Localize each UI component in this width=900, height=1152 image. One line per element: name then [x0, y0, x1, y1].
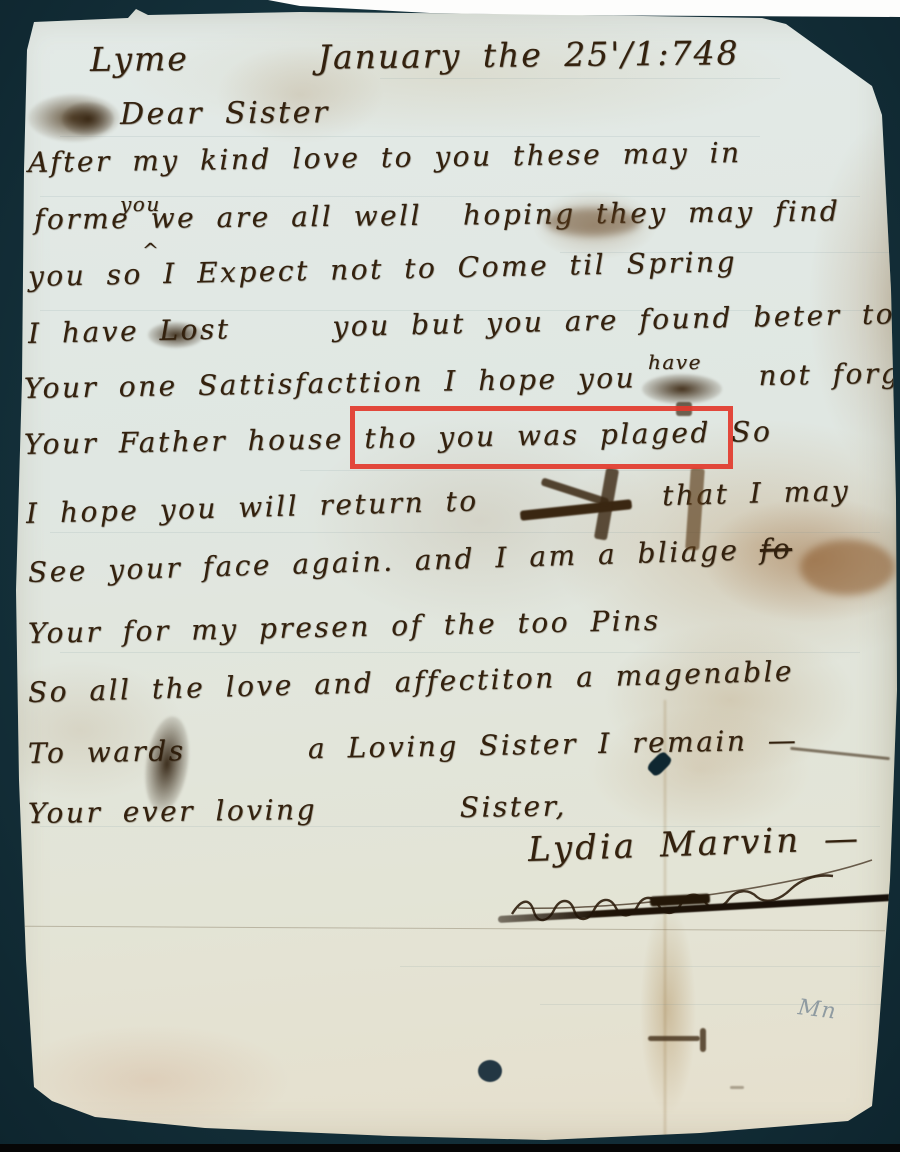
salutation: Dear Sister: [120, 95, 330, 133]
father-line-before: Your Father house: [24, 422, 365, 461]
ink-blot-fingerprint: [62, 102, 114, 136]
struck-word: fo: [759, 532, 792, 566]
letter-paper: Lyme January the 25'/1:748 Dear Sister A…: [0, 0, 900, 1152]
letter-line: After my kind love to you these may in: [28, 136, 742, 180]
inserted-word-have: have: [648, 350, 702, 374]
ink-smudge: [545, 208, 640, 236]
pencil-note: Mn: [796, 995, 838, 1026]
letter-line: Your for my presen of the too Pins: [28, 604, 661, 651]
bliage-line-before: See your face again. and I am a bliage: [27, 533, 760, 589]
scene: Lyme January the 25'/1:748 Dear Sister A…: [0, 0, 900, 1152]
scan-edge-bottom: [0, 1144, 900, 1152]
letter-line: To wards a Loving Sister I remain —: [28, 724, 799, 771]
ink-spot: [478, 1060, 502, 1082]
ruled-line: [380, 78, 780, 79]
bottom-blot: [648, 1036, 700, 1041]
letter-line: I hope you will return to that I may: [26, 474, 851, 531]
letter-line: you so I Expect not to Come til Spring: [28, 245, 738, 293]
ink-blot: [148, 322, 204, 348]
ink-blot: [642, 374, 722, 404]
bottom-blot: [700, 1028, 706, 1052]
ruled-line: [60, 652, 860, 653]
dateline: Lyme January the 25'/1:748: [90, 33, 740, 79]
ruled-line: [300, 470, 700, 471]
rust-stain: [800, 540, 895, 595]
highlight-box: [350, 406, 733, 469]
letter-line: Your one Sattisfacttion I hope you not f…: [24, 356, 900, 405]
bottom-blot: [730, 1086, 744, 1089]
letter-line: See your face again. and I am a bliage f…: [27, 532, 792, 590]
stray-line: [790, 747, 890, 760]
letter-line: So all the love and affectiton a magenab…: [28, 655, 795, 710]
letter-line: Your ever loving Sister,: [28, 789, 567, 830]
letter-line: forme we are all well hoping they may fi…: [34, 195, 841, 237]
ruled-line: [400, 966, 880, 967]
